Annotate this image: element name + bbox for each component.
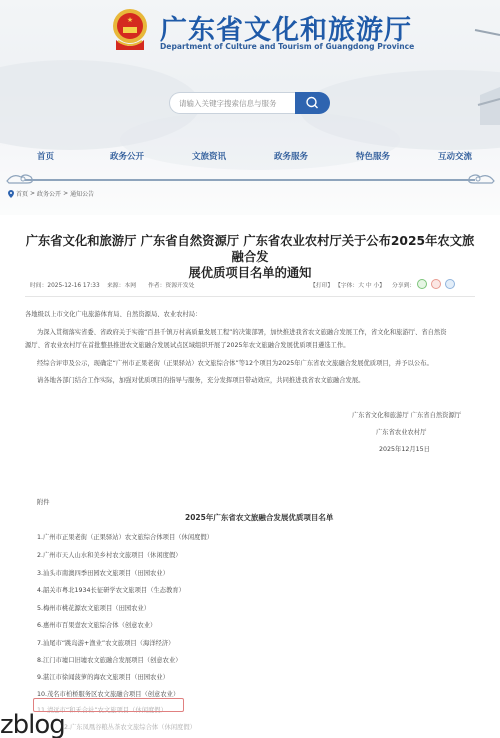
project-item: 2.广州市天人山水和美乡村农文旅项目（休闲度假） bbox=[37, 550, 182, 559]
publish-time: 时间：2025-12-16 17:33 bbox=[30, 280, 100, 289]
source: 来源：本网 bbox=[107, 280, 136, 289]
project-list-title: 2025年广东省农文旅融合发展优质项目名单 bbox=[185, 512, 333, 523]
paragraph-2: 经综合评审及公示，现确定“广州市正果老街（正果驿站）农文旅综合体”等12个项目为… bbox=[37, 358, 433, 367]
font-size-controls[interactable]: 【字体：大 中 小】 bbox=[335, 280, 385, 289]
cloud-ornament-icon bbox=[466, 171, 496, 187]
national-emblem-icon: ★ bbox=[110, 8, 150, 54]
project-item: 3.汕头市南澳四季田园农文旅项目（田园农业） bbox=[37, 568, 169, 577]
nav-home[interactable]: 首页 bbox=[37, 150, 54, 162]
article-title: 广东省文化和旅游厅 广东省自然资源厅 广东省农业农村厅关于公布2025年农文旅融… bbox=[20, 233, 480, 281]
article-title-line: 展优质项目名单的通知 bbox=[20, 265, 480, 281]
search-placeholder: 请输入关键字搜索信息与服务 bbox=[179, 98, 277, 109]
project-item: 6.惠州市百果壹农文旅综合体（创意农业） bbox=[37, 620, 156, 629]
paragraph-1: 为深入贯彻落实省委、省政府关于实施“百县千镇万村高质量发展工程”的决策部署，加快… bbox=[37, 327, 447, 336]
signature-date: 2025年12月15日 bbox=[379, 444, 430, 453]
watermark: zblog bbox=[0, 710, 65, 738]
site-subtitle: Department of Culture and Tourism of Gua… bbox=[160, 42, 414, 51]
nav-culture-tourism-news[interactable]: 文旅资讯 bbox=[192, 150, 226, 162]
project-item: 1.广州市正果老街（正果驿站）农文旅综合体项目（休闲度假） bbox=[37, 532, 213, 541]
paragraph-3: 请各地各部门结合工作实际，加强对优质项目的指导与服务，充分发挥项目带动效应，共同… bbox=[37, 375, 364, 384]
wechat-share-icon[interactable] bbox=[417, 279, 427, 289]
author: 作者：资源开发处 bbox=[148, 280, 194, 289]
project-item: 8.江门市墟口旧墟农文旅融合发展项目（创意农业） bbox=[37, 655, 182, 664]
nav-special-services[interactable]: 特色服务 bbox=[356, 150, 390, 162]
breadcrumb: 首页 > 政务公开 > 通知公告 bbox=[8, 189, 94, 198]
project-item: 7.汕尾市“跳岛游+渔业”农文旅项目（海洋经济） bbox=[37, 638, 174, 647]
nav-gov-services[interactable]: 政务服务 bbox=[274, 150, 308, 162]
project-item: 12.广东凤凰谷粮丛茶农文旅综合体（休闲度假） bbox=[60, 722, 196, 731]
project-item: 10.茂名市柏桥服务区农文旅融合项目（创意农业） bbox=[37, 689, 179, 698]
search-button[interactable] bbox=[295, 92, 330, 114]
article-title-line: 广东省文化和旅游厅 广东省自然资源厅 广东省农业农村厅关于公布2025年农文旅融… bbox=[20, 233, 480, 265]
nav-gov-affairs-open[interactable]: 政务公开 bbox=[110, 150, 144, 162]
project-item: 9.湛江市徐闻菠萝的海农文旅项目（田园农业） bbox=[37, 672, 169, 681]
svg-text:★: ★ bbox=[127, 16, 133, 24]
pavilion-decoration-icon bbox=[470, 25, 500, 125]
location-pin-icon bbox=[8, 190, 14, 198]
site-header: ★ 广东省文化和旅游厅 Department of Culture and To… bbox=[0, 0, 500, 215]
project-item: 5.梅州市桃花源农文旅项目（田园农业） bbox=[37, 603, 150, 612]
weibo-share-icon[interactable] bbox=[431, 279, 441, 289]
breadcrumb-separator: > bbox=[63, 190, 68, 197]
breadcrumb-separator: > bbox=[30, 190, 35, 197]
signature-agriculture: 广东省农业农村厅 bbox=[376, 427, 426, 436]
search-icon bbox=[295, 92, 330, 114]
signature-departments: 广东省文化和旅游厅 广东省自然资源厅 bbox=[352, 410, 461, 419]
breadcrumb-notices[interactable]: 通知公告 bbox=[70, 189, 94, 198]
qq-share-icon[interactable] bbox=[445, 279, 455, 289]
salutation: 各地级以上市文化广电旅游体育局、自然资源局、农业农村局： bbox=[25, 309, 201, 318]
nav-interaction[interactable]: 互动交流 bbox=[438, 150, 472, 162]
paragraph-1-cont: 源厅、省农业农村厅在首批整县推进农文旅融合发展试点区域组织开展了2025年农文旅… bbox=[25, 340, 350, 349]
attachment-label: 附件 bbox=[37, 497, 50, 506]
nav-divider bbox=[25, 179, 475, 181]
search-input[interactable]: 请输入关键字搜索信息与服务 bbox=[169, 92, 295, 114]
share-label: 分享到： bbox=[392, 280, 415, 289]
breadcrumb-home[interactable]: 首页 bbox=[16, 189, 28, 198]
meta-divider bbox=[25, 296, 475, 297]
project-item: 4.韶关市粤北1934长征研学农文旅项目（生态教育） bbox=[37, 585, 185, 594]
breadcrumb-gov-affairs[interactable]: 政务公开 bbox=[37, 189, 61, 198]
print-button[interactable]: 【打印】 bbox=[310, 280, 333, 289]
